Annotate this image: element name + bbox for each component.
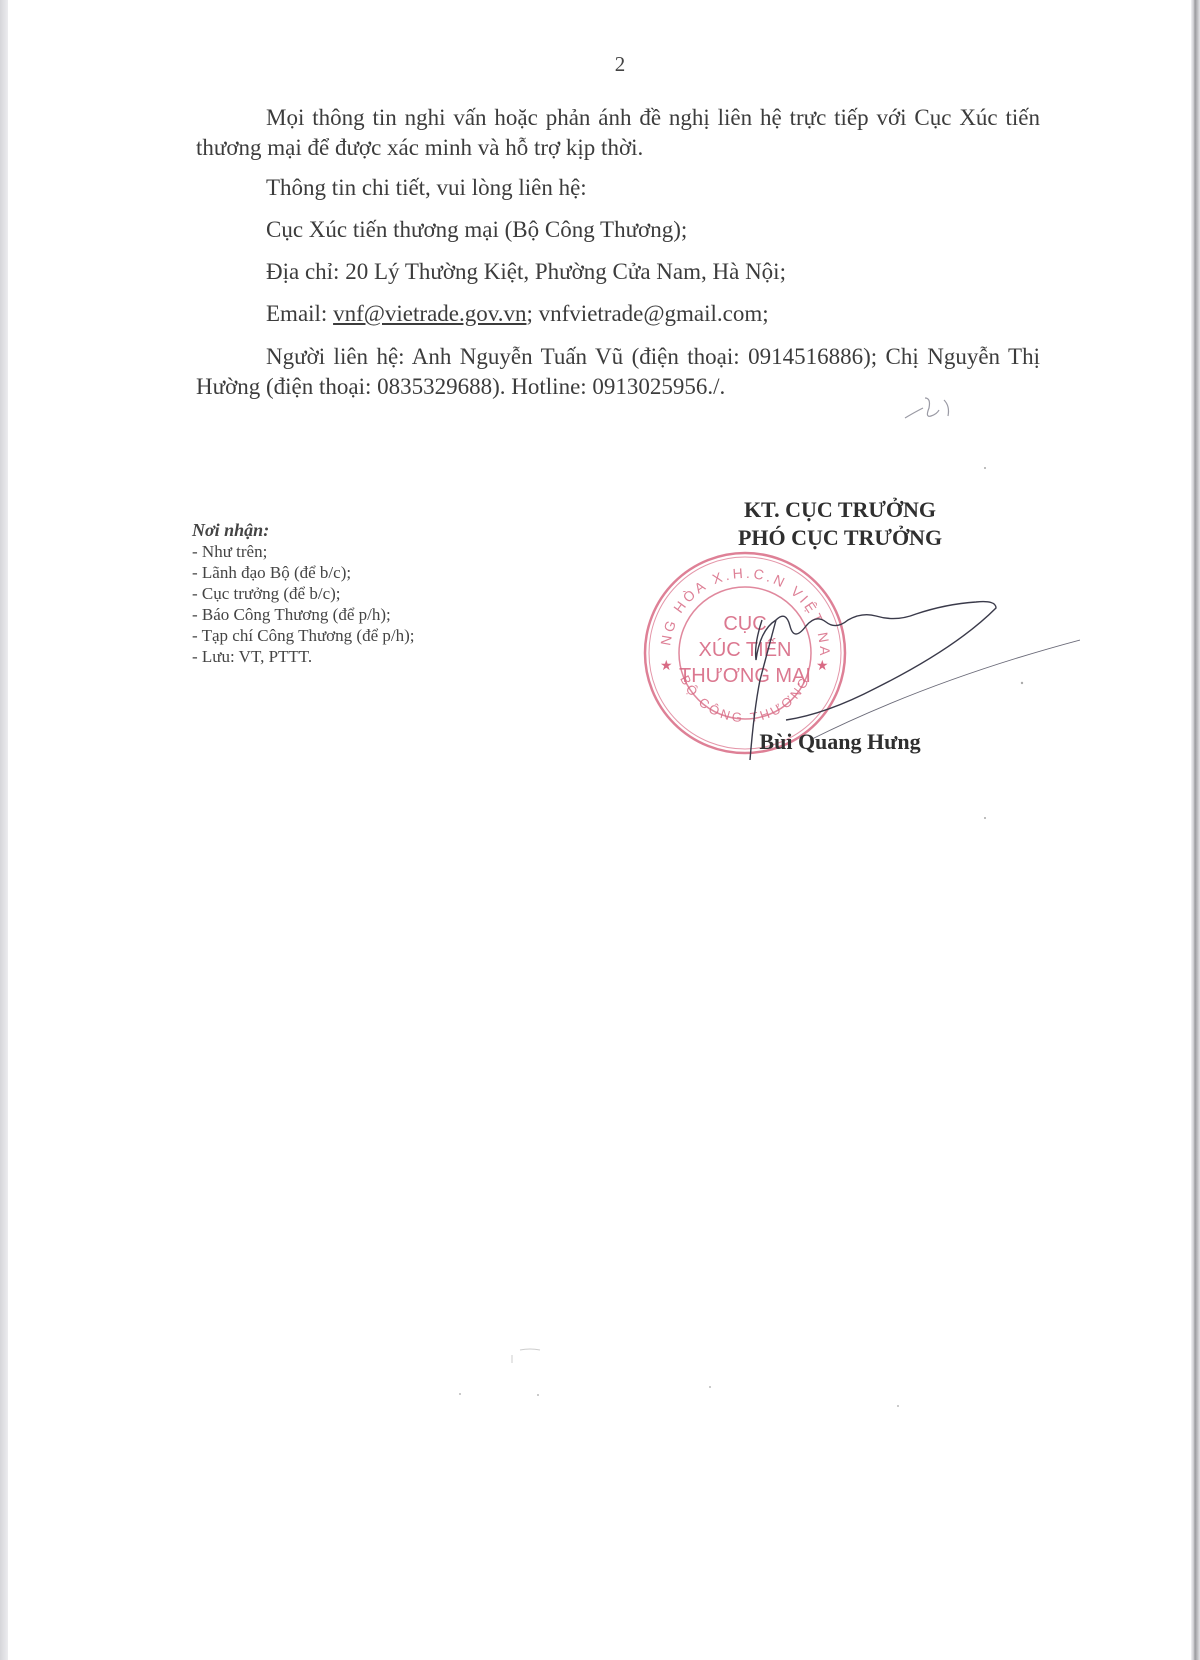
- signer-name: Bùi Quang Hưng: [700, 729, 980, 755]
- initials-mark-icon: [0, 0, 1200, 1660]
- recipients-title: Nơi nhận:: [192, 520, 415, 541]
- signature-title-block: KT. CỤC TRƯỞNG PHÓ CỤC TRƯỞNG: [700, 496, 980, 552]
- signature-title-line-1: KT. CỤC TRƯỞNG: [700, 496, 980, 524]
- svg-text:★: ★: [660, 659, 673, 674]
- recipients-block: Nơi nhận: - Như trên; - Lãnh đạo Bộ (để …: [192, 520, 415, 667]
- recipient-item: - Lưu: VT, PTTT.: [192, 646, 415, 667]
- recipient-item: - Như trên;: [192, 541, 415, 562]
- recipient-item: - Báo Công Thương (để p/h);: [192, 604, 415, 625]
- recipient-item: - Cục trưởng (để b/c);: [192, 583, 415, 604]
- recipient-item: - Tạp chí Công Thương (để p/h);: [192, 625, 415, 646]
- recipient-item: - Lãnh đạo Bộ (để b/c);: [192, 562, 415, 583]
